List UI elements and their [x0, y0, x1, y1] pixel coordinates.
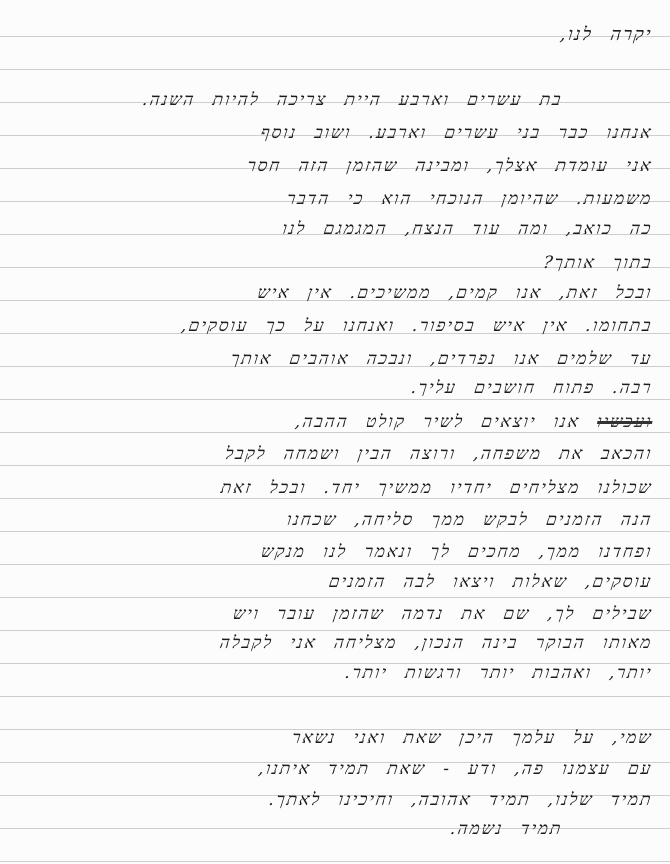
- letter-line: מאותו הבוקר בינה הנכון, מצליחה אני לקבלה: [18, 627, 655, 660]
- letter-line: הנה הזמנים לבקש ממך סליחה, שכחנו: [18, 504, 655, 537]
- letter-line: אני עומדת אצלך, ומבינה שהזמן הזה חסר: [18, 150, 655, 183]
- letter-line: אנחנו כבר בני עשרים וארבע. ושוב נוסף: [18, 117, 655, 150]
- letter-signoff: תמיד נשמה.: [18, 813, 655, 846]
- letter-line: והכאב את משפחה, ורוצה הבין ושמחה לקבל: [18, 438, 655, 471]
- letter-line: שמי, על עלמך היכן שאת ואני נשאר: [18, 722, 655, 755]
- letter-line: בתחומו. אין איש בסיפור. ואנחנו על כך עוס…: [18, 310, 655, 343]
- letter-line: עוסקים, שאלות ויצאו לבה הזמנים: [18, 566, 655, 599]
- letter-line: רבה. פתוח חושבים עליך.: [18, 372, 655, 405]
- letter-line: יותר, ואהבות יותר ורגשות יותר.: [18, 657, 655, 690]
- letter-line: שכולנו מצליחים יחדיו ממשיך יחד. ובכל זאת: [18, 472, 655, 505]
- letter-line: ובכל זאת, אנו קמים, ממשיכים. אין איש: [18, 277, 655, 310]
- struck-out-word: ועכשיו: [596, 412, 654, 432]
- letter-line: ועכשיו אנו יוצאים לשיר קולט ההבה,: [18, 406, 655, 439]
- letter-greeting: יקרה לנו,: [18, 18, 655, 51]
- letter-line: משמעות. שהיומן הנוכחי הוא כי הדבר: [18, 183, 655, 216]
- letter-line: עם עצמנו פה, ודע - שאת תמיד איתנו,: [18, 753, 655, 786]
- letter-line: בתוך אותך?: [18, 247, 655, 280]
- letter-line: ופחדנו ממך, מחכים לך ונאמר לנו מנקש: [18, 536, 655, 569]
- letter-line: בת עשרים וארבע היית צריכה להיות השנה.: [18, 84, 655, 117]
- letter-line: כה כואב, ומה עוד הנצח, המגמגם לנו: [18, 213, 655, 246]
- letter-line-text: אנו יוצאים לשיר קולט ההבה,: [294, 412, 581, 432]
